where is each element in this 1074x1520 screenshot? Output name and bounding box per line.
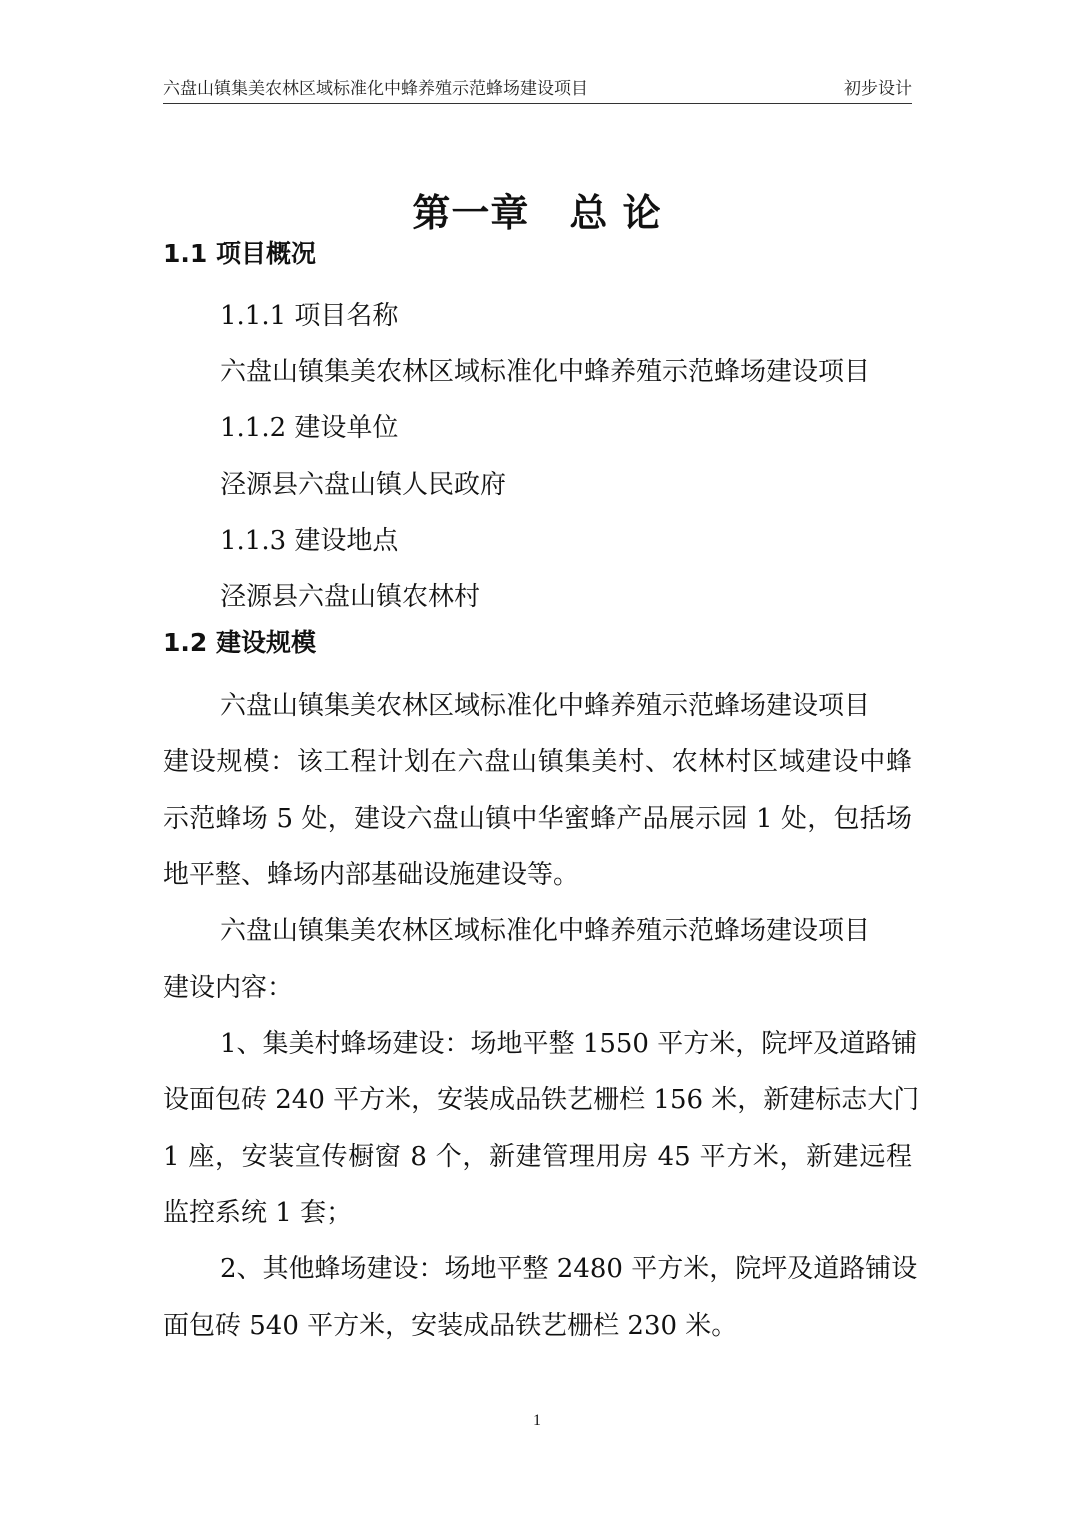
section-heading-1-2: 1.2 建设规模 [163, 625, 316, 661]
paragraph-line: 2、其他蜂场建设：场地平整 2480 平方米，院坪及道路铺设 [220, 1251, 912, 1287]
running-header: 六盘山镇集美农林区域标准化中蜂养殖示范蜂场建设项目 初步设计 [163, 76, 912, 104]
chapter-label: 第一章 [412, 191, 529, 235]
header-project-title: 六盘山镇集美农林区域标准化中蜂养殖示范蜂场建设项目 [163, 76, 588, 103]
paragraph-line: 1、集美村蜂场建设：场地平整 1550 平方米，院坪及道路铺 [220, 1026, 912, 1062]
header-doc-type: 初步设计 [844, 76, 912, 103]
paragraph-line: 示范蜂场 5 处，建设六盘山镇中华蜜蜂产品展示园 1 处，包括场 [163, 801, 912, 837]
subsection-heading-1-1-1: 1.1.1 项目名称 [220, 298, 969, 334]
paragraph-line: 1 座，安装宣传橱窗 8 个，新建管理用房 45 平方米，新建远程 [163, 1139, 912, 1175]
paragraph-line: 地平整、蜂场内部基础设施建设等。 [163, 857, 912, 893]
subsection-heading-1-1-2: 1.1.2 建设单位 [220, 410, 969, 446]
chapter-name: 总 论 [569, 191, 661, 235]
chapter-title: 第一章总 论 [0, 188, 1074, 238]
paragraph-line: 建设规模：该工程计划在六盘山镇集美村、农林村区域建设中蜂 [163, 744, 912, 780]
construction-unit: 泾源县六盘山镇人民政府 [220, 467, 969, 503]
project-name: 六盘山镇集美农林区域标准化中蜂养殖示范蜂场建设项目 [220, 354, 969, 390]
construction-location: 泾源县六盘山镇农林村 [220, 579, 969, 615]
section-heading-1-1: 1.1 项目概况 [163, 236, 316, 272]
paragraph-line: 建设内容： [163, 970, 912, 1006]
paragraph-line: 面包砖 540 平方米，安装成品铁艺栅栏 230 米。 [163, 1308, 912, 1344]
paragraph-line: 监控系统 1 套； [163, 1195, 912, 1231]
paragraph-line: 六盘山镇集美农林区域标准化中蜂养殖示范蜂场建设项目 [220, 688, 912, 724]
subsection-heading-1-1-3: 1.1.3 建设地点 [220, 523, 969, 559]
paragraph-line: 六盘山镇集美农林区域标准化中蜂养殖示范蜂场建设项目 [220, 913, 912, 949]
paragraph-line: 设面包砖 240 平方米，安装成品铁艺栅栏 156 米，新建标志大门 [163, 1082, 912, 1118]
page-number: 1 [0, 1412, 1074, 1430]
